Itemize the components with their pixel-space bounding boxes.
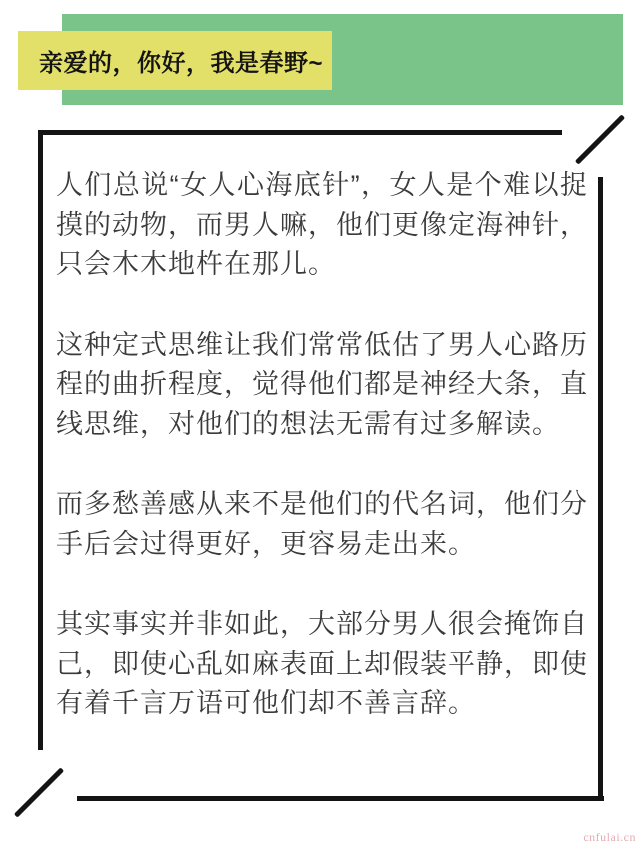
article-body: 人们总说“女人心海底针”，女人是个难以捉摸的动物，而男人嘛，他们更像定海神针，只…	[56, 166, 588, 724]
frame-border-right	[598, 177, 603, 801]
paragraph: 而多愁善感从来不是他们的代名词，他们分手后会过得更好，更容易走出来。	[56, 485, 588, 564]
paragraph: 这种定式思维让我们常常低估了男人心路历程的曲折程度，觉得他们都是神经大条，直线思…	[56, 326, 588, 445]
corner-slash-bottom-left-icon	[14, 767, 64, 817]
page-title: 亲爱的，你好，我是春野~	[39, 43, 323, 78]
title-highlight: 亲爱的，你好，我是春野~	[18, 31, 332, 90]
paragraph: 人们总说“女人心海底针”，女人是个难以捉摸的动物，而男人嘛，他们更像定海神针，只…	[56, 166, 588, 285]
article-card: { "header": { "title": "亲爱的，你好，我是春野~" },…	[0, 0, 640, 850]
frame-border-top	[38, 130, 562, 135]
frame-border-bottom	[77, 796, 604, 801]
corner-slash-top-right-icon	[575, 114, 625, 164]
watermark: cnfulai.cn	[583, 830, 636, 845]
paragraph: 其实事实并非如此，大部分男人很会掩饰自己，即使心乱如麻表面上却假装平静，即使有着…	[56, 605, 588, 724]
frame-border-left	[38, 130, 43, 750]
